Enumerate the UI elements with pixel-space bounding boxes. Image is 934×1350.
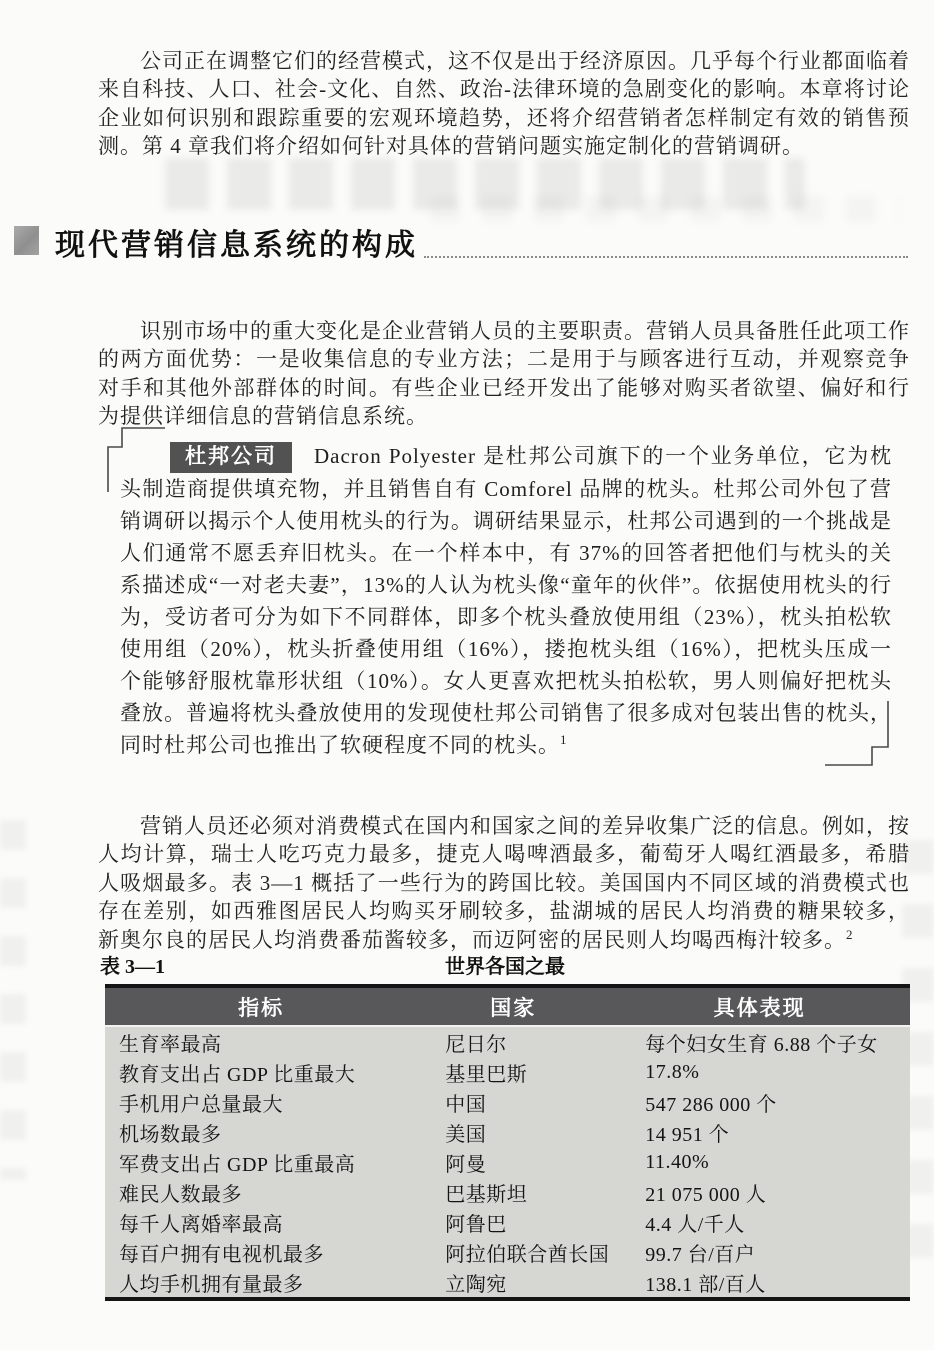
table-row: 人均手机拥有量最多 立陶宛 138.1 部/百人	[105, 1267, 910, 1299]
country-cell: 尼日尔	[417, 1026, 609, 1057]
indicator-cell: 手机用户总量最大	[105, 1087, 417, 1117]
indicator-cell: 生育率最高	[105, 1026, 417, 1057]
indicator-cell: 教育支出占 GDP 比重最大	[105, 1057, 417, 1087]
section-bullet-square-icon	[14, 226, 39, 255]
detail-cell: 每个妇女生育 6.88 个子女	[609, 1026, 910, 1057]
table-header-detail: 具体表现	[609, 986, 910, 1026]
table-row: 手机用户总量最大 中国 547 286 000 个	[105, 1087, 910, 1117]
detail-cell: 99.7 台/百户	[609, 1237, 910, 1267]
table-row: 生育率最高 尼日尔 每个妇女生育 6.88 个子女	[105, 1026, 910, 1057]
footnote-marker-1: 1	[560, 732, 567, 747]
market-paragraph: 营销人员还必须对消费模式在国内和国家之间的差异收集广泛的信息。例如，按人均计算，…	[98, 812, 910, 954]
indicator-cell: 军费支出占 GDP 比重最高	[105, 1147, 417, 1177]
table-row: 军费支出占 GDP 比重最高 阿曼 11.40%	[105, 1147, 910, 1177]
indicator-cell: 人均手机拥有量最多	[105, 1267, 417, 1299]
book-page: 公司正在调整它们的经营模式，这不仅是出于经济原因。几乎每个行业都面临着来自科技、…	[0, 0, 934, 1350]
table-row: 机场数最多 美国 14 951 个	[105, 1117, 910, 1147]
indicator-cell: 每千人离婚率最高	[105, 1207, 417, 1237]
indicator-cell: 每百户拥有电视机最多	[105, 1237, 417, 1267]
indicator-cell: 机场数最多	[105, 1117, 417, 1147]
bleedthrough-artifact	[430, 196, 900, 222]
detail-cell: 4.4 人/千人	[609, 1207, 910, 1237]
intro-paragraph: 公司正在调整它们的经营模式，这不仅是出于经济原因。几乎每个行业都面临着来自科技、…	[98, 47, 910, 161]
case-study-label: 杜邦公司	[170, 442, 292, 473]
detail-cell: 17.8%	[609, 1057, 910, 1087]
bleedthrough-artifact	[0, 820, 26, 1180]
section-heading: 现代营销信息系统的构成	[0, 220, 934, 262]
detail-cell: 14 951 个	[609, 1117, 910, 1147]
country-cell: 阿曼	[417, 1147, 609, 1177]
country-cell: 美国	[417, 1117, 609, 1147]
table-header-country: 国家	[417, 986, 609, 1026]
market-paragraph-text: 营销人员还必须对消费模式在国内和国家之间的差异收集广泛的信息。例如，按人均计算，…	[98, 814, 910, 952]
table-header-row: 指标 国家 具体表现	[105, 986, 910, 1026]
country-cell: 中国	[417, 1087, 609, 1117]
detail-cell: 21 075 000 人	[609, 1177, 910, 1207]
table-row: 难民人数最多 巴基斯坦 21 075 000 人	[105, 1177, 910, 1207]
world-records-table: 指标 国家 具体表现 生育率最高 尼日尔 每个妇女生育 6.88 个子女 教育支…	[105, 984, 910, 1301]
table-row: 每百户拥有电视机最多 阿拉伯联合酋长国 99.7 台/百户	[105, 1237, 910, 1267]
detail-cell: 138.1 部/百人	[609, 1267, 910, 1299]
case-study-box: 杜邦公司Dacron Polyester 是杜邦公司旗下的一个业务单位，它为枕头…	[120, 440, 892, 761]
table-header-indicator: 指标	[105, 986, 417, 1026]
country-cell: 阿拉伯联合酋长国	[417, 1237, 609, 1267]
detail-cell: 11.40%	[609, 1147, 910, 1177]
table-title: 世界各国之最	[100, 950, 910, 979]
case-study-text: Dacron Polyester 是杜邦公司旗下的一个业务单位，它为枕头制造商提…	[120, 444, 892, 757]
detail-cell: 547 286 000 个	[609, 1087, 910, 1117]
country-cell: 基里巴斯	[417, 1057, 609, 1087]
section-title: 现代营销信息系统的构成	[55, 220, 418, 264]
table-body: 生育率最高 尼日尔 每个妇女生育 6.88 个子女 教育支出占 GDP 比重最大…	[105, 1026, 910, 1299]
mis-paragraph: 识别市场中的重大变化是企业营销人员的主要职责。营销人员具备胜任此项工作的两方面优…	[98, 317, 910, 431]
country-cell: 立陶宛	[417, 1267, 609, 1299]
footnote-marker-2: 2	[846, 927, 853, 942]
table-row: 教育支出占 GDP 比重最大 基里巴斯 17.8%	[105, 1057, 910, 1087]
country-cell: 巴基斯坦	[417, 1177, 609, 1207]
bleedthrough-artifact	[165, 158, 805, 210]
indicator-cell: 难民人数最多	[105, 1177, 417, 1207]
table-caption: 表 3—1 世界各国之最	[100, 950, 910, 976]
country-cell: 阿鲁巴	[417, 1207, 609, 1237]
table-row: 每千人离婚率最高 阿鲁巴 4.4 人/千人	[105, 1207, 910, 1237]
dotted-leader-line	[424, 236, 908, 258]
